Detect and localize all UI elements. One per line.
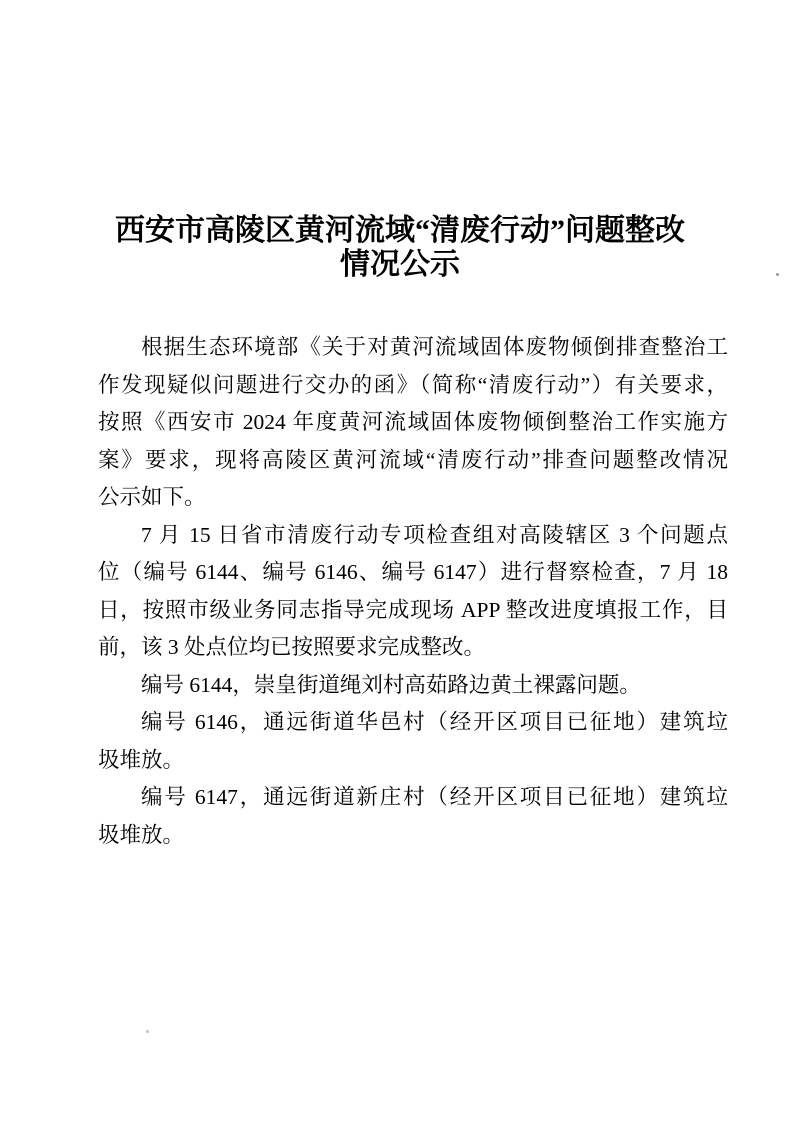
body-line: 编号 6144，崇皇街道绳刘村高茹路边黄土裸露问题。 <box>98 667 728 705</box>
body-line: 作发现疑似问题进行交办的函》（简称“清废行动”）有关要求， <box>98 367 728 405</box>
body-line: 案》要求，现将高陵区黄河流域“清废行动”排查问题整改情况 <box>98 442 728 480</box>
document-page: 西安市高陵区黄河流域“清废行动”问题整改 情况公示 根据生态环境部《关于对黄河流… <box>0 0 800 1133</box>
body-line: 编号 6146，通远街道华邑村（经开区项目已征地）建筑垃 <box>98 704 728 742</box>
notice-body: 根据生态环境部《关于对黄河流域固体废物倾倒排查整治工 作发现疑似问题进行交办的函… <box>98 329 728 854</box>
notice-title-line-2: 情况公示 <box>0 248 800 282</box>
scan-speck <box>776 273 779 276</box>
body-line: 7 月 15 日省市清废行动专项检查组对高陵辖区 3 个问题点 <box>98 517 728 555</box>
notice-title: 西安市高陵区黄河流域“清废行动”问题整改 情况公示 <box>0 214 800 282</box>
body-line: 根据生态环境部《关于对黄河流域固体废物倾倒排查整治工 <box>98 329 728 367</box>
body-line: 圾堆放。 <box>98 817 728 855</box>
body-line: 编号 6147，通远街道新庄村（经开区项目已征地）建筑垃 <box>98 779 728 817</box>
body-line: 日，按照市级业务同志指导完成现场 APP 整改进度填报工作，目 <box>98 592 728 630</box>
body-line: 按照《西安市 2024 年度黄河流域固体废物倾倒整治工作实施方 <box>98 404 728 442</box>
body-line: 公示如下。 <box>98 479 728 517</box>
body-line: 位（编号 6144、编号 6146、编号 6147）进行督察检查，7 月 18 <box>98 554 728 592</box>
body-line: 圾堆放。 <box>98 742 728 780</box>
notice-title-line-1: 西安市高陵区黄河流域“清废行动”问题整改 <box>0 214 800 248</box>
body-line: 前，该 3 处点位均已按照要求完成整改。 <box>98 629 728 667</box>
scan-speck <box>146 1030 149 1033</box>
